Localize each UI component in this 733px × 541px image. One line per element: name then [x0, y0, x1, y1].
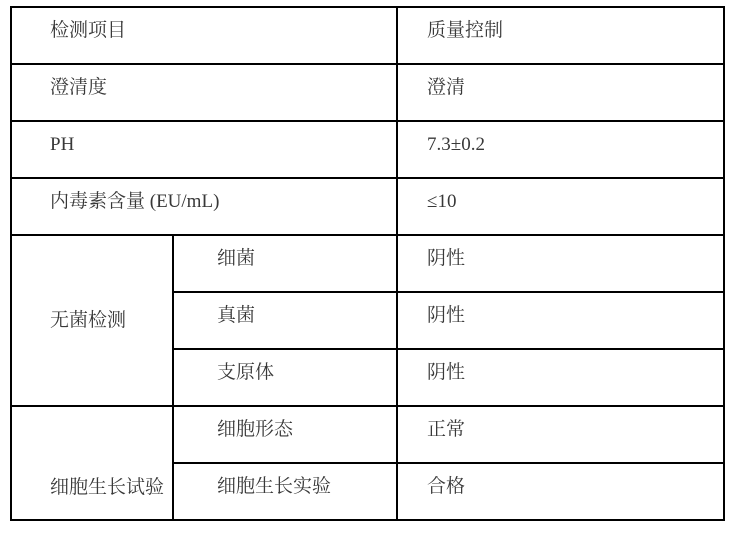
cell-growth-value-cell: 合格: [397, 463, 724, 520]
fungi-value-cell: 阴性: [397, 292, 724, 349]
cell-growth-group-cell: 细胞生长试验: [11, 406, 173, 520]
row-cell-morphology: 细胞生长试验 细胞形态 正常: [11, 406, 724, 463]
header-test-item-cell: 检测项目: [11, 7, 397, 64]
ph-value-cell: 7.3±0.2: [397, 121, 724, 178]
row-clarity: 澄清度 澄清: [11, 64, 724, 121]
page-background: 检测项目 质量控制 澄清度 澄清 PH 7.3±0.2 内毒素含量 (EU/mL…: [0, 0, 733, 541]
sterility-group-cell: 无菌检测: [11, 235, 173, 406]
mycoplasma-item-cell: 支原体: [173, 349, 397, 406]
row-endotoxin: 内毒素含量 (EU/mL) ≤10: [11, 178, 724, 235]
fungi-item-cell: 真菌: [173, 292, 397, 349]
bacteria-value-cell: 阴性: [397, 235, 724, 292]
cell-morphology-value-cell: 正常: [397, 406, 724, 463]
mycoplasma-value-cell: 阴性: [397, 349, 724, 406]
cell-morphology-item-cell: 细胞形态: [173, 406, 397, 463]
clarity-item-cell: 澄清度: [11, 64, 397, 121]
endotoxin-value-cell: ≤10: [397, 178, 724, 235]
clarity-value-cell: 澄清: [397, 64, 724, 121]
endotoxin-item-cell: 内毒素含量 (EU/mL): [11, 178, 397, 235]
header-row: 检测项目 质量控制: [11, 7, 724, 64]
row-ph: PH 7.3±0.2: [11, 121, 724, 178]
row-bacteria: 无菌检测 细菌 阴性: [11, 235, 724, 292]
quality-control-table: 检测项目 质量控制 澄清度 澄清 PH 7.3±0.2 内毒素含量 (EU/mL…: [10, 6, 725, 521]
header-quality-control-cell: 质量控制: [397, 7, 724, 64]
bacteria-item-cell: 细菌: [173, 235, 397, 292]
ph-item-cell: PH: [11, 121, 397, 178]
cell-growth-item-cell: 细胞生长实验: [173, 463, 397, 520]
